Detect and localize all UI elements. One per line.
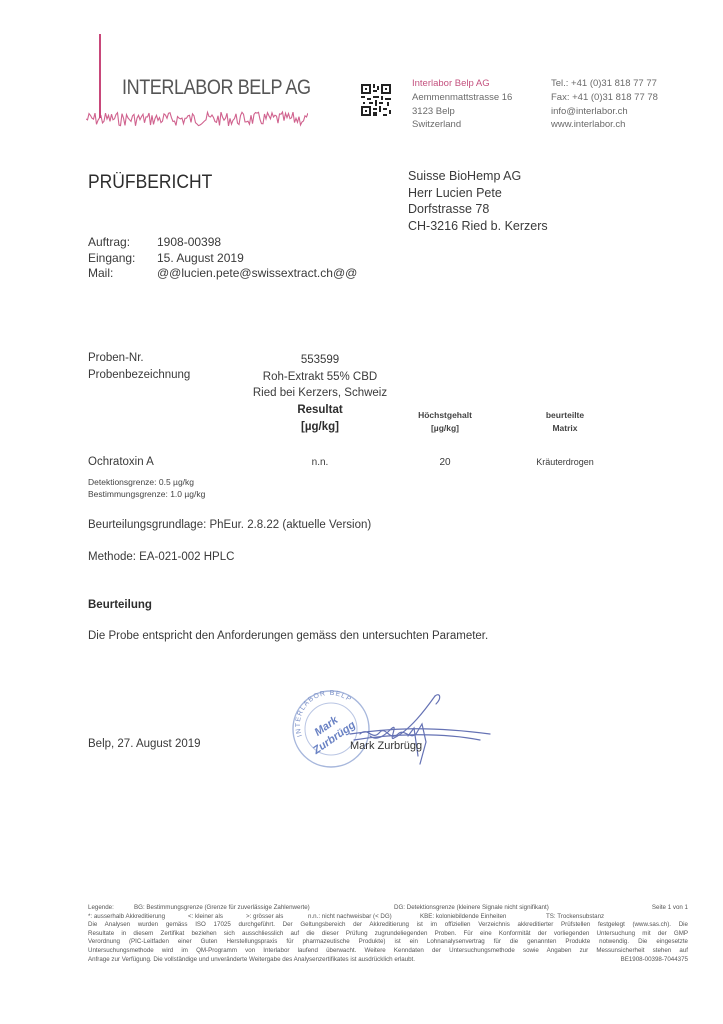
page-title: PRÜFBERICHT	[88, 172, 212, 194]
lab-fax: Fax: +41 (0)31 818 77 78	[551, 91, 658, 105]
header-result: Resultat [µg/kg]	[270, 402, 370, 435]
document-id: BE1908-00398-7044375	[621, 956, 688, 965]
method: Methode: EA-021-002 HPLC	[88, 551, 234, 563]
meta-value: 15. August 2019	[157, 251, 244, 267]
lab-tel: Tel.: +41 (0)31 818 77 77	[551, 77, 658, 91]
quantification-limit: Bestimmungsgrenze: 1.0 µg/kg	[88, 488, 205, 500]
legend-lt: <: kleiner als	[188, 913, 246, 922]
legend-star: *: ausserhalb Akkreditierung	[88, 913, 188, 922]
meta-row-order: Auftrag: 1908-00398	[88, 235, 357, 251]
qr-code-icon	[361, 84, 391, 116]
logo-name: INTERLABOR BELP AG	[122, 76, 311, 100]
meta-value: 1908-00398	[157, 235, 221, 251]
footer-paragraph-5: Anfrage zur Verfügung. Die vollständige …	[88, 956, 621, 965]
recipient-person: Herr Lucien Pete	[408, 185, 548, 202]
lab-contact: Tel.: +41 (0)31 818 77 77 Fax: +41 (0)31…	[551, 77, 658, 132]
lab-address: Interlabor Belp AG Aemmenmattstrasse 16 …	[412, 77, 512, 132]
recipient-address: Suisse BioHemp AG Herr Lucien Pete Dorfs…	[408, 168, 548, 234]
footer-paragraph-1: Die Analysen wurden gemäss ISO 17025 dur…	[88, 921, 688, 930]
header-result-unit: [µg/kg]	[270, 419, 370, 436]
signature	[330, 690, 500, 770]
legend-nn: n.n.: nicht nachweisbar (< DG)	[308, 913, 420, 922]
signer-name: Mark Zurbrügg	[350, 740, 422, 752]
legend-dg: DG: Detektionsgrenze (kleinere Signale n…	[394, 904, 624, 913]
footer-legend: Legende: BG: Bestimmungsgrenze (Grenze f…	[88, 904, 688, 964]
meta-row-mail: Mail: @@lucien.pete@swissextract.ch@@	[88, 266, 357, 282]
row-max: 20	[400, 457, 490, 468]
meta-label: Mail:	[88, 266, 157, 282]
sample-values: 553599 Roh-Extrakt 55% CBD Ried bei Kerz…	[240, 352, 400, 402]
detection-limit: Detektionsgrenze: 0.5 µg/kg	[88, 476, 205, 488]
legend-gt: >: grösser als	[246, 913, 308, 922]
lab-website[interactable]: www.interlabor.ch	[551, 118, 658, 132]
legend-kbe: KBE: koloniebildende Einheiten	[420, 913, 546, 922]
header-matrix-title: beurteilte	[520, 409, 610, 422]
header-max-unit: [µg/kg]	[400, 422, 490, 435]
recipient-company: Suisse BioHemp AG	[408, 168, 548, 185]
meta-label: Auftrag:	[88, 235, 157, 251]
sample-designation-label: Probenbezeichnung	[88, 369, 190, 381]
lab-city: 3123 Belp	[412, 105, 512, 119]
limits: Detektionsgrenze: 0.5 µg/kg Bestimmungsg…	[88, 476, 205, 500]
assessment-basis: Beurteilungsgrundlage: PhEur. 2.8.22 (ak…	[88, 519, 371, 531]
row-parameter: Ochratoxin A	[88, 456, 154, 468]
footer-paragraph-2: Resultate in diesem Zertifikat beziehen …	[88, 930, 688, 939]
row-result: n.n.	[270, 457, 370, 468]
lab-street: Aemmenmattstrasse 16	[412, 91, 512, 105]
order-meta: Auftrag: 1908-00398 Eingang: 15. August …	[88, 235, 357, 282]
footer-paragraph-3: Verordnung (PIC-Leitfaden einer Guten He…	[88, 938, 688, 947]
sample-number-label: Proben-Nr.	[88, 352, 144, 364]
legend-label: Legende:	[88, 904, 134, 913]
recipient-street: Dorfstrasse 78	[408, 201, 548, 218]
row-matrix: Kräuterdrogen	[520, 457, 610, 467]
footer-row-1: Legende: BG: Bestimmungsgrenze (Grenze f…	[88, 904, 688, 913]
lab-company-name: Interlabor Belp AG	[412, 77, 512, 91]
meta-label: Eingang:	[88, 251, 157, 267]
meta-row-received: Eingang: 15. August 2019	[88, 251, 357, 267]
legend-bg: BG: Bestimmungsgrenze (Grenze für zuverl…	[134, 904, 394, 913]
header-max-title: Höchstgehalt	[400, 409, 490, 422]
header-matrix-sub: Matrix	[520, 422, 610, 435]
header-max-content: Höchstgehalt [µg/kg]	[400, 409, 490, 434]
legend-ts: TS: Trockensubstanz	[546, 913, 688, 922]
footer-row-last: Anfrage zur Verfügung. Die vollständige …	[88, 956, 688, 965]
sample-designation-1: Roh-Extrakt 55% CBD	[240, 369, 400, 386]
recipient-city: CH-3216 Ried b. Kerzers	[408, 218, 548, 235]
footer-row-2: *: ausserhalb Akkreditierung <: kleiner …	[88, 913, 688, 922]
sample-designation-2: Ried bei Kerzers, Schweiz	[240, 385, 400, 402]
sample-number: 553599	[240, 352, 400, 369]
page-number: Seite 1 von 1	[624, 904, 688, 913]
lab-country: Switzerland	[412, 118, 512, 132]
meta-value[interactable]: @@lucien.pete@swissextract.ch@@	[157, 266, 357, 282]
place-date: Belp, 27. August 2019	[88, 738, 201, 750]
footer-paragraph-4: Untersuchungsmethode wird im QM-Programm…	[88, 947, 688, 956]
logo-peak	[99, 34, 101, 118]
logo-chromatogram	[86, 108, 308, 130]
lab-email[interactable]: info@interlabor.ch	[551, 105, 658, 119]
assessment-heading: Beurteilung	[88, 599, 152, 611]
assessment-text: Die Probe entspricht den Anforderungen g…	[88, 630, 488, 642]
header-matrix: beurteilte Matrix	[520, 409, 610, 434]
header-result-title: Resultat	[270, 402, 370, 419]
